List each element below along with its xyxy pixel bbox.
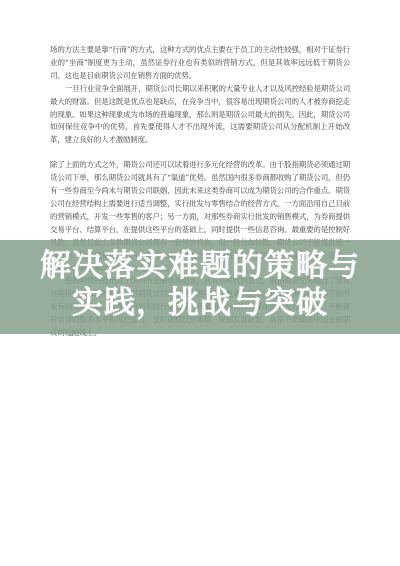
overlay-title-line-2: 实践，挑战与突破	[40, 285, 360, 322]
overlay-title: 解决落实难题的策略与 实践，挑战与突破	[40, 248, 360, 322]
article-page: 场的方法主要是靠“行商”的方式，这种方式的优点主要在于员工的主动性较强，相对于证…	[0, 0, 400, 566]
overlay-title-line-1: 解决落实难题的策略与	[40, 248, 360, 285]
paragraph-1: 场的方法主要是靠“行商”的方式，这种方式的优点主要在于员工的主动性较强，相对于证…	[50, 44, 350, 83]
paragraph-2: 一旦行业竞争全面展开，期货公司长期以来积累的大量专业人才以及风控经验是期货公司最…	[50, 83, 350, 148]
title-overlay-band: 解决落实难题的策略与 实践，挑战与突破	[0, 240, 400, 334]
